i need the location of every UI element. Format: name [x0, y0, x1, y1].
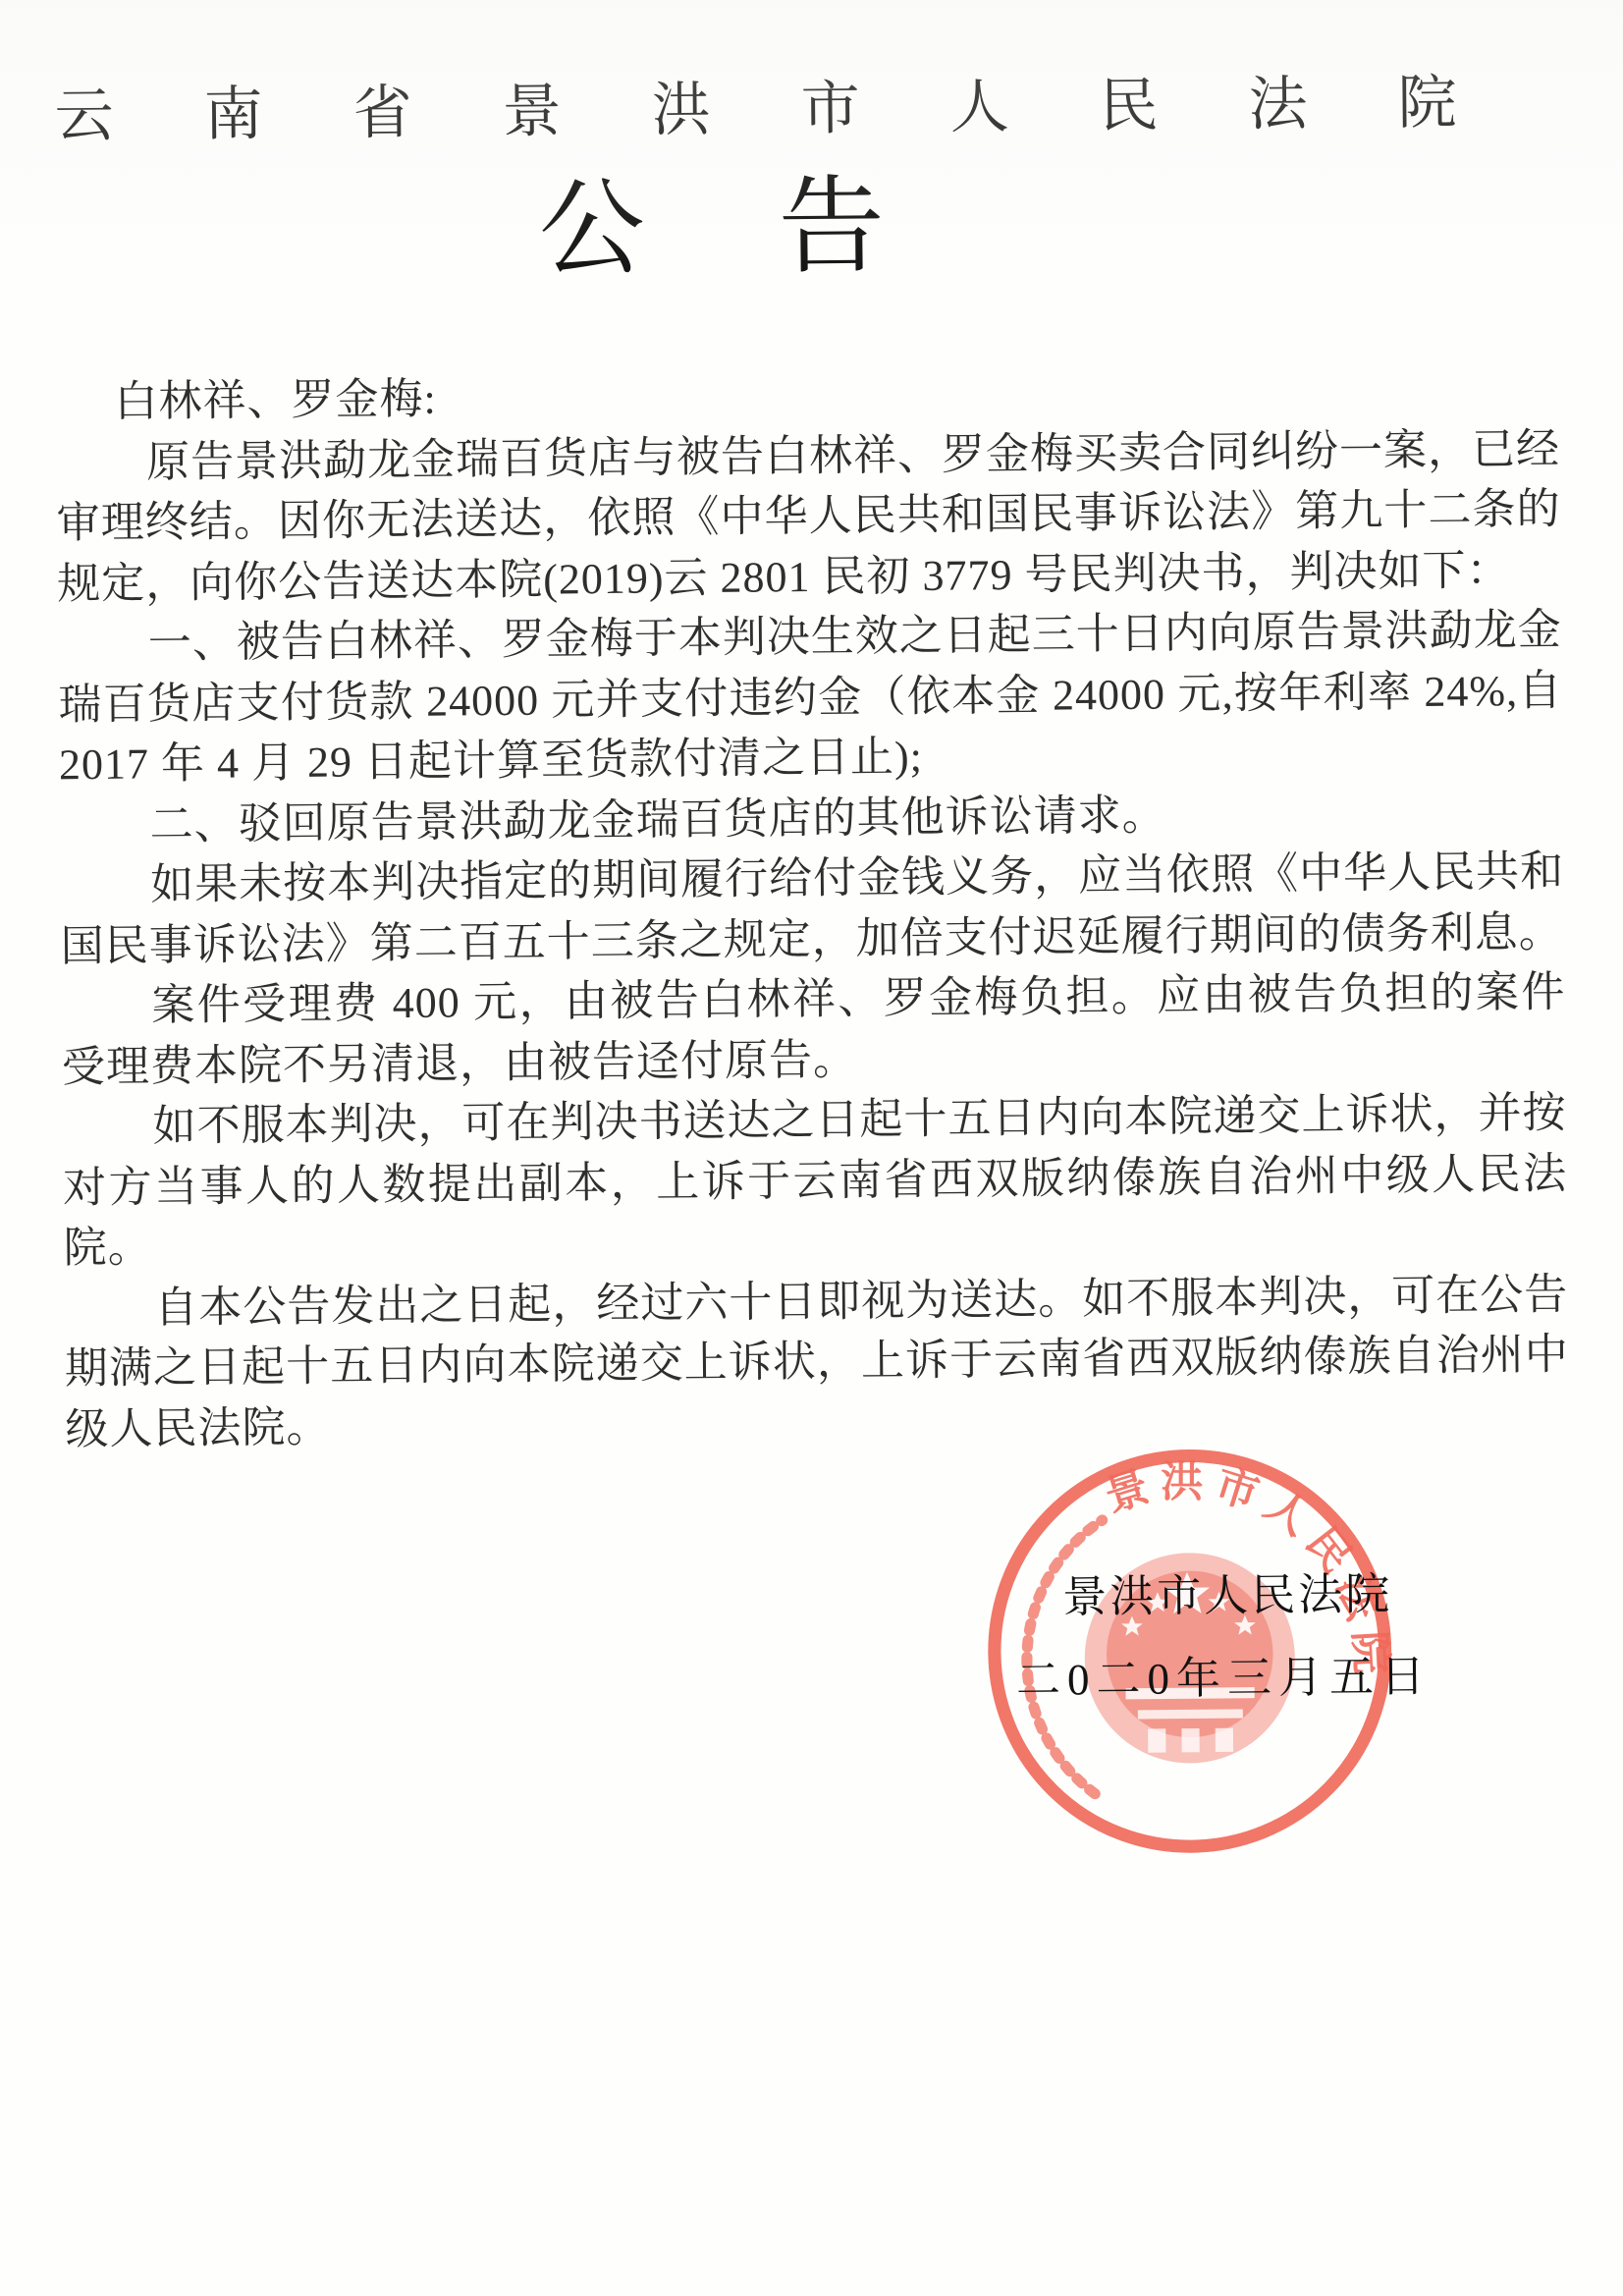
paragraph-judgment-1: 一、被告白林祥、罗金梅于本判决生效之日起三十日内向原告景洪勐龙金瑞百货店支付货款… — [58, 600, 1564, 795]
paragraph-appeal: 如不服本判决，可在判决书送达之日起十五日内向本院递交上诉状，并按对方当事人的人数… — [62, 1083, 1568, 1279]
seal-gate-bar — [1125, 1687, 1254, 1699]
seal-star-icon — [1121, 1616, 1143, 1636]
seal-emblem — [1084, 1552, 1296, 1764]
seal-gate-bar — [1138, 1709, 1243, 1719]
seal-gate-arch — [1181, 1728, 1199, 1752]
seal-dai-script-arc — [1026, 1520, 1106, 1794]
court-announcement-page: 云南省景洪市人民法院 公告 白林祥、罗金梅: 原告景洪勐龙金瑞百货店与被告白林祥… — [0, 0, 1623, 2296]
signature-court-name: 景洪市人民法院 — [1062, 1558, 1393, 1624]
announcement-body: 白林祥、罗金梅: 原告景洪勐龙金瑞百货店与被告白林祥、罗金梅买卖合同纠纷一案，已… — [55, 358, 1570, 1460]
seal-ring-text: 景洪市人民法院 — [1100, 1456, 1395, 1686]
announcement-title: 公告 — [538, 164, 885, 295]
seal-star-icon — [1164, 1572, 1210, 1614]
signature-date: 二0二0年三月五日 — [1016, 1640, 1433, 1708]
scanned-document: 云南省景洪市人民法院 公告 白林祥、罗金梅: 原告景洪勐龙金瑞百货店与被告白林祥… — [0, 0, 1623, 2296]
seal-star-icon — [1147, 1592, 1168, 1612]
paragraph-intro: 原告景洪勐龙金瑞百货店与被告白林祥、罗金梅买卖合同纠纷一案，已经审理终结。因你无… — [56, 418, 1562, 614]
paragraph-effective: 自本公告发出之日起，经过六十日即视为送达。如不服本判决，可在公告期满之日起十五日… — [64, 1264, 1570, 1459]
seal-gate-arch — [1216, 1728, 1233, 1752]
seal-gate-arch — [1148, 1728, 1165, 1752]
court-name-header: 云南省景洪市人民法院 — [54, 61, 1457, 159]
court-seal: 景洪市人民法院 — [975, 1436, 1405, 1866]
paragraph-interest: 如果未按本判决指定的期间履行给付金钱义务，应当依照《中华人民共和国民事诉讼法》第… — [60, 842, 1565, 977]
seal-ring — [993, 1454, 1386, 1848]
seal-star-icon — [1234, 1615, 1256, 1635]
seal-star-icon — [1209, 1592, 1230, 1612]
paragraph-fees: 案件受理费 400 元，由被告白林祥、罗金梅负担。应由被告负担的案件受理费本院不… — [61, 962, 1566, 1098]
